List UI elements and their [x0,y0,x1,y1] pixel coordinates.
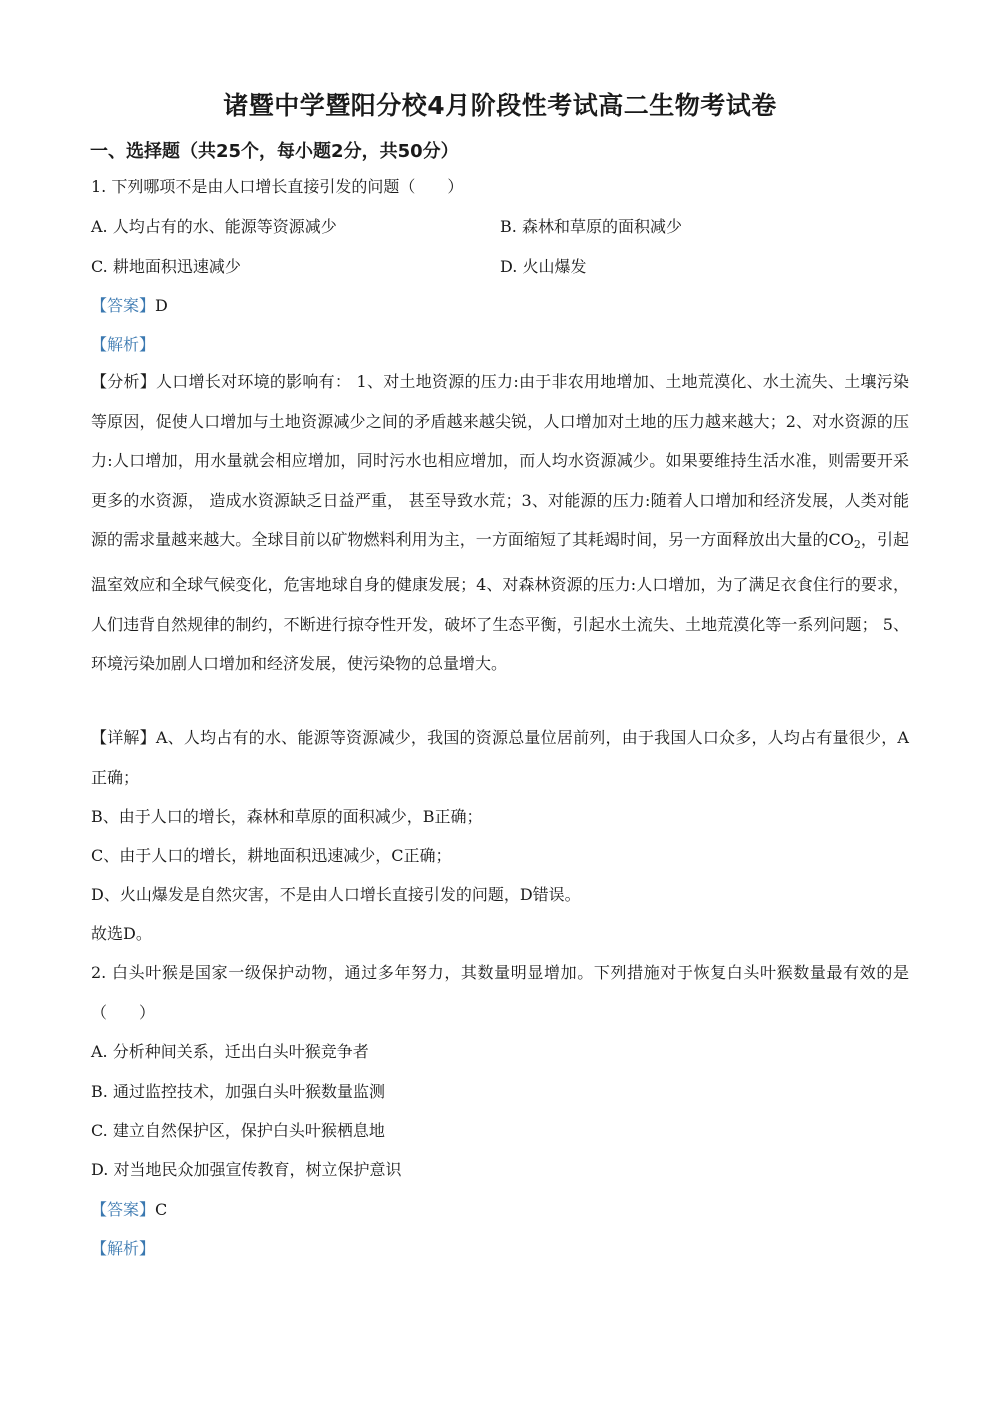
question-text: 白头叶猴是国家一级保护动物，通过多年努力，其数量明显增加。下列措施对于恢复白头叶… [91,963,909,1022]
q1-detail-line-c: C、由于人口的增长，耕地面积迅速减少，C正确； [91,845,452,867]
answer-label: 【答案】 [91,296,155,315]
section-heading: 一、选择题（共25个，每小题2分，共50分） [90,137,459,163]
q2-answer: 【答案】C [91,1199,167,1221]
q1-detail-line-d: D、火山爆发是自然灾害，不是由人口增长直接引发的问题，D错误。 [91,884,581,906]
detail-label: 【详解】 [91,728,156,747]
answer-label: 【答案】 [91,1200,155,1219]
question-text: 下列哪项不是由人口增长直接引发的问题（ ） [111,177,463,196]
q2-option-a: A. 分析种间关系，迁出白头叶猴竞争者 [91,1041,369,1063]
q2-option-d: D. 对当地民众加强宣传教育，树立保护意识 [91,1159,401,1181]
q1-detail-line-b: B、由于人口的增长，森林和草原的面积减少，B正确； [91,806,483,828]
q1-option-c: C. 耕地面积迅速减少 [91,256,241,278]
question-1-stem: 1. 下列哪项不是由人口增长直接引发的问题（ ） [91,176,463,198]
page-title: 诸暨中学暨阳分校4月阶段性考试高二生物考试卷 [0,86,1000,122]
question-number: 1. [91,177,106,196]
q1-analysis-paragraph: 【分析】人口增长对环境的影响有： 1、对土地资源的压力:由于非农用地增加、土地荒… [91,362,909,684]
question-2-stem: 2. 白头叶猴是国家一级保护动物，通过多年努力，其数量明显增加。下列措施对于恢复… [91,953,909,1032]
analysis-label: 【分析】 [91,372,156,391]
q1-analysis-header: 【解析】 [91,334,155,356]
q2-option-c: C. 建立自然保护区，保护白头叶猴栖息地 [91,1120,385,1142]
q2-analysis-header: 【解析】 [91,1238,155,1260]
q1-answer: 【答案】D [91,295,168,317]
answer-value: D [155,296,168,315]
q1-conclusion: 故选D。 [91,923,152,945]
question-number: 2. [91,963,106,982]
q1-detail-paragraph: 【详解】A、人均占有的水、能源等资源减少，我国的资源总量位居前列，由于我国人口众… [91,718,909,797]
q1-option-b: B. 森林和草原的面积减少 [500,216,682,238]
q1-option-a: A. 人均占有的水、能源等资源减少 [91,216,337,238]
answer-value: C [155,1200,167,1219]
q1-option-d: D. 火山爆发 [500,256,586,278]
exam-page: 诸暨中学暨阳分校4月阶段性考试高二生物考试卷 一、选择题（共25个，每小题2分，… [0,0,1000,1414]
q2-option-b: B. 通过监控技术，加强白头叶猴数量监测 [91,1081,385,1103]
